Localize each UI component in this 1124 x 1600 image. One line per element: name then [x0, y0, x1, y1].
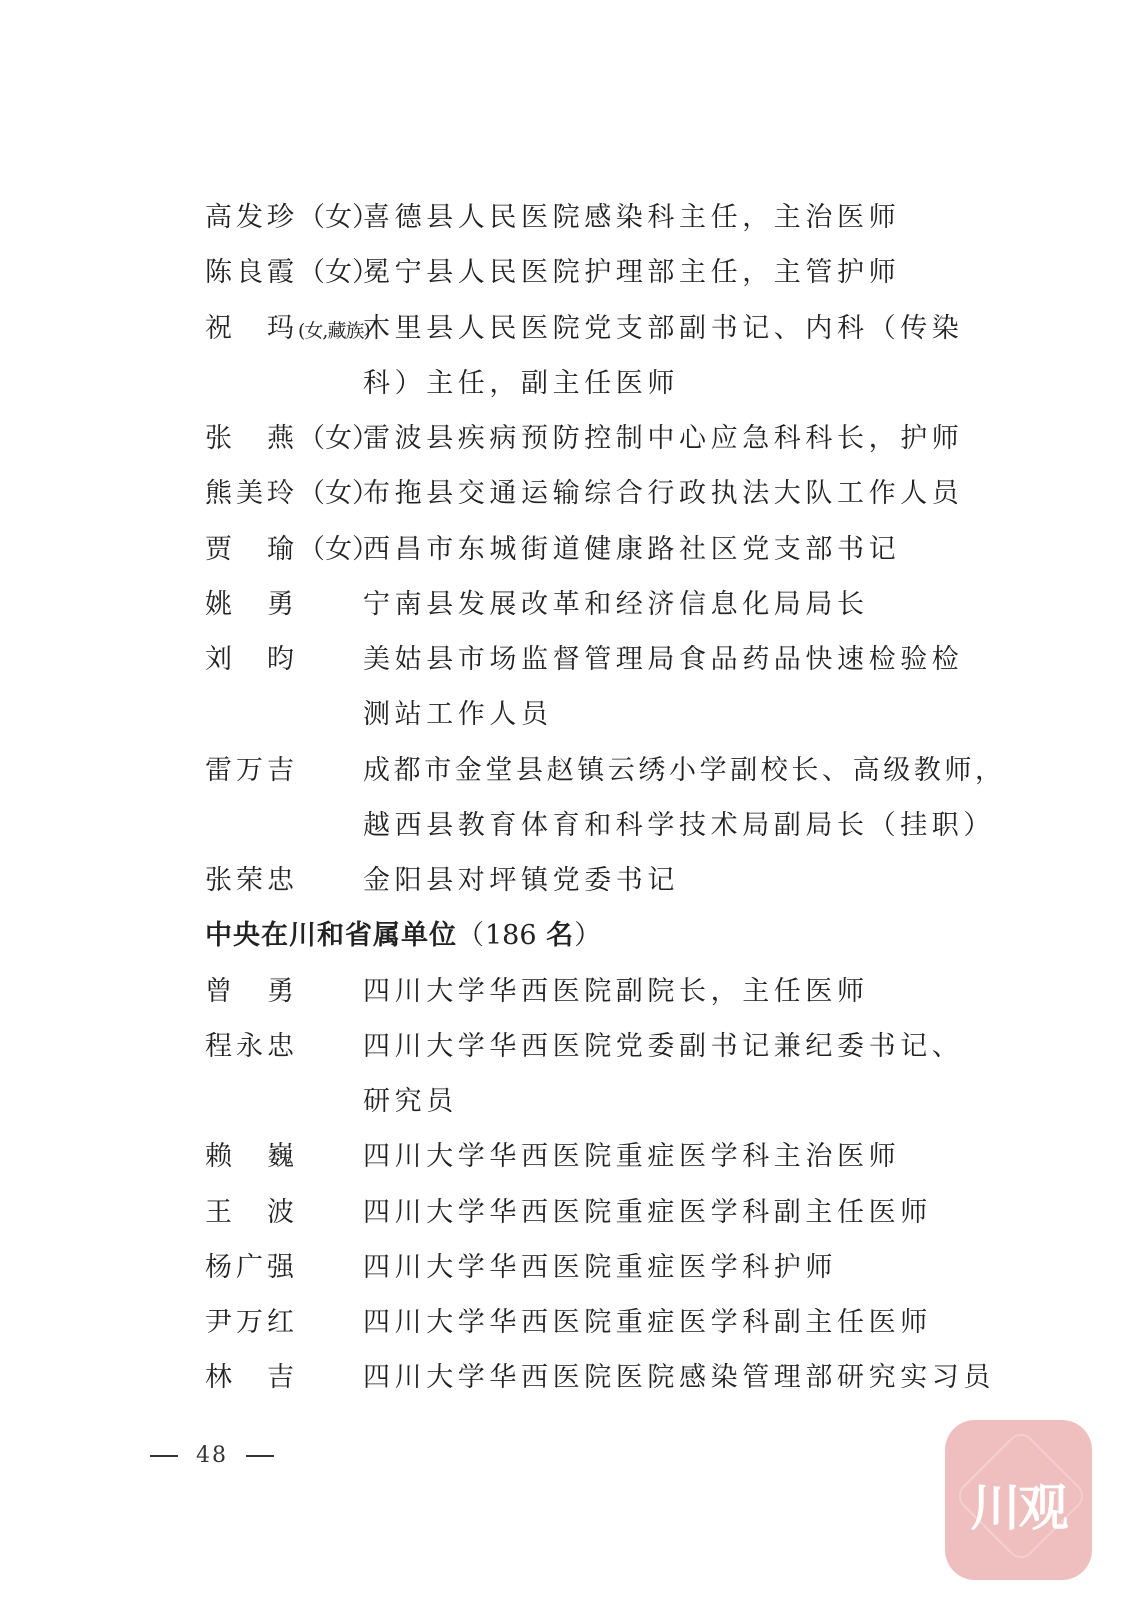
person-title: 宁南县发展改革和经济信息化局局长 [363, 577, 869, 632]
person-name: 贾 瑜（女） [205, 522, 379, 577]
person-title: 四川大学华西医院医院感染管理部研究实习员 [363, 1350, 995, 1405]
person-title: 冕宁县人民医院护理部主任，主管护师 [363, 245, 900, 300]
person-title: 四川大学华西医院重症医学科主治医师 [363, 1129, 900, 1184]
section-title: 中央在川和省属单位 [205, 920, 457, 951]
list-item: 刘 昀 美姑县市场监督管理局食品药品快速检验检 [205, 632, 975, 687]
person-title: 四川大学华西医院党委副书记兼纪委书记、 [363, 1019, 963, 1074]
list-item: 程永忠 四川大学华西医院党委副书记兼纪委书记、 [205, 1019, 975, 1074]
watermark-text: 川观 [945, 1468, 1092, 1540]
list-item: 熊美玲（女） 布拖县交通运输综合行政执法大队工作人员 [205, 466, 975, 521]
person-name: 姚 勇 [205, 577, 298, 632]
person-name: 刘 昀 [205, 632, 298, 687]
person-title: 木里县人民医院党支部副书记、内科（传染 [363, 301, 963, 356]
person-title: 四川大学华西医院重症医学科护师 [363, 1240, 837, 1295]
person-title-continued: 测站工作人员 [363, 687, 553, 742]
person-title: 四川大学华西医院副院长，主任医师 [363, 964, 869, 1019]
list-item: 姚 勇 宁南县发展改革和经济信息化局局长 [205, 577, 975, 632]
person-title: 成都市金堂县赵镇云绣小学副校长、高级教师， [363, 743, 1006, 798]
person-name: 张 燕（女） [205, 411, 379, 466]
person-title: 雷波县疾病预防控制中心应急科科长，护师 [363, 411, 963, 466]
person-title: 金阳县对坪镇党委书记 [363, 853, 679, 908]
list-item: 张荣忠 金阳县对坪镇党委书记 [205, 853, 975, 908]
chuanguan-watermark-logo: 川观 [945, 1420, 1092, 1580]
dash-left [150, 1455, 178, 1457]
list-item: 尹万红 四川大学华西医院重症医学科副主任医师 [205, 1295, 975, 1350]
person-title-continued: 越西县教育体育和科学技术局副局长（挂职） [363, 798, 995, 853]
list-item: 张 燕（女） 雷波县疾病预防控制中心应急科科长，护师 [205, 411, 975, 466]
section-count: （186 名） [457, 920, 602, 951]
page-footer: 48 [150, 1443, 274, 1468]
person-title: 西昌市东城街道健康路社区党支部书记 [363, 522, 900, 577]
person-name: 陈良霞（女） [205, 245, 379, 300]
list-item: 贾 瑜（女） 西昌市东城街道健康路社区党支部书记 [205, 522, 975, 577]
person-name: 曾 勇 [205, 964, 298, 1019]
list-item-continuation: 研究员 [205, 1074, 975, 1129]
list-item-continuation: 越西县教育体育和科学技术局副局长（挂职） [205, 798, 975, 853]
list-item: 王 波 四川大学华西医院重症医学科副主任医师 [205, 1185, 975, 1240]
person-name: 杨广强 [205, 1240, 298, 1295]
list-item-continuation: 科）主任，副主任医师 [205, 356, 975, 411]
list-item: 陈良霞（女） 冕宁县人民医院护理部主任，主管护师 [205, 245, 975, 300]
person-name: 雷万吉 [205, 743, 298, 798]
person-title: 美姑县市场监督管理局食品药品快速检验检 [363, 632, 963, 687]
person-title: 布拖县交通运输综合行政执法大队工作人员 [363, 466, 963, 521]
list-item: 高发珍（女） 喜德县人民医院感染科主任，主治医师 [205, 190, 975, 245]
person-name: 张荣忠 [205, 853, 298, 908]
list-item: 林 吉 四川大学华西医院医院感染管理部研究实习员 [205, 1350, 975, 1405]
person-name: 祝 玛(女,藏族) [205, 301, 370, 359]
list-item: 雷万吉 成都市金堂县赵镇云绣小学副校长、高级教师， [205, 743, 975, 798]
person-title: 四川大学华西医院重症医学科副主任医师 [363, 1185, 932, 1240]
person-title: 四川大学华西医院重症医学科副主任医师 [363, 1295, 932, 1350]
list-item: 曾 勇 四川大学华西医院副院长，主任医师 [205, 964, 975, 1019]
honoree-list: 高发珍（女） 喜德县人民医院感染科主任，主治医师 陈良霞（女） 冕宁县人民医院护… [205, 190, 975, 1406]
document-page: 高发珍（女） 喜德县人民医院感染科主任，主治医师 陈良霞（女） 冕宁县人民医院护… [0, 0, 1124, 1600]
person-name: 赖 巍 [205, 1129, 298, 1184]
list-item: 赖 巍 四川大学华西医院重症医学科主治医师 [205, 1129, 975, 1184]
person-name: 程永忠 [205, 1019, 298, 1074]
list-item-continuation: 测站工作人员 [205, 687, 975, 742]
dash-right [246, 1455, 274, 1457]
section-heading: 中央在川和省属单位（186 名） [205, 908, 975, 963]
person-name: 林 吉 [205, 1350, 298, 1405]
list-item: 杨广强 四川大学华西医院重症医学科护师 [205, 1240, 975, 1295]
page-number: 48 [196, 1443, 228, 1468]
person-name: 尹万红 [205, 1295, 298, 1350]
person-name: 熊美玲（女） [205, 466, 379, 521]
person-name: 王 波 [205, 1185, 298, 1240]
person-title: 喜德县人民医院感染科主任，主治医师 [363, 190, 900, 245]
person-title-continued: 研究员 [363, 1074, 458, 1129]
list-item: 祝 玛(女,藏族) 木里县人民医院党支部副书记、内科（传染 [205, 301, 975, 356]
person-title-continued: 科）主任，副主任医师 [363, 356, 679, 411]
person-name: 高发珍（女） [205, 190, 379, 245]
